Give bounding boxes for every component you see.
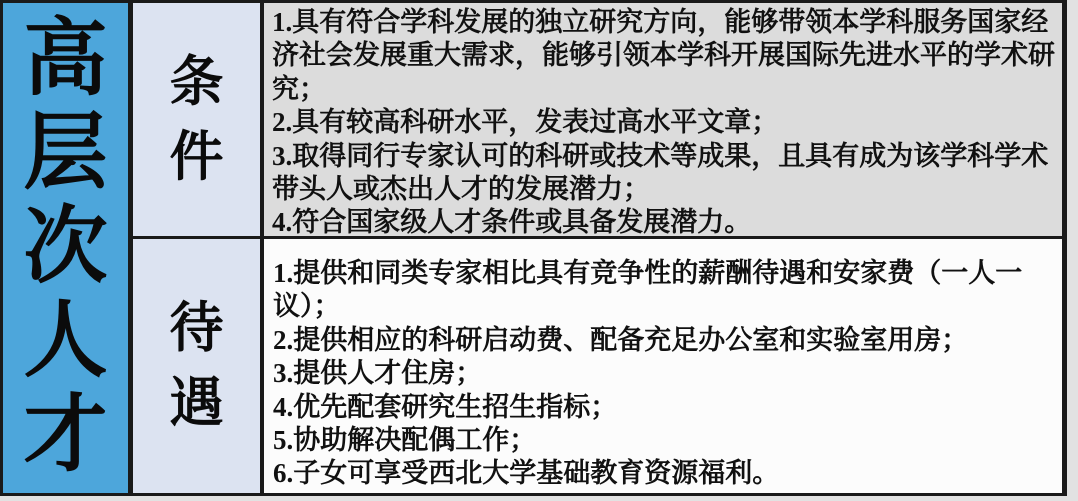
benefit-item: 5.协助解决配偶工作； [273,424,1058,457]
label-column: 条件 待遇 [133,3,264,493]
condition-item: 2.具有较高科研水平，发表过高水平文章； [272,106,1058,139]
content-column: 1.具有符合学科发展的独立研究方向，能够带领本学科服务国家经济社会发展重大需求，… [264,3,1062,493]
talent-table: 高层次人才 条件 待遇 1.具有符合学科发展的独立研究方向，能够带领本学科服务国… [0,0,1067,496]
condition-item: 4.符合国家级人才条件或具备发展潜力。 [272,206,1058,239]
conditions-label-cell: 条件 [133,3,260,239]
condition-item: 3.取得同行专家认可的科研或技术等成果，且具有成为该学科学术带头人或杰出人才的发… [272,140,1058,207]
benefits-cell: 1.提供和同类专家相比具有竞争性的薪酬待遇和安家费（一人一议）； 2.提供相应的… [264,239,1062,493]
conditions-label: 条件 [168,45,225,194]
benefit-item: 4.优先配套研究生招生指标； [273,391,1058,424]
benefit-item: 6.子女可享受西北大学基础教育资源福利。 [273,457,1058,490]
condition-item: 1.具有符合学科发展的独立研究方向，能够带领本学科服务国家经济社会发展重大需求，… [272,6,1058,106]
benefits-label: 待遇 [168,291,225,440]
row-header-cell: 高层次人才 [3,3,133,493]
benefit-item: 3.提供人才住房； [273,357,1058,390]
benefit-item: 1.提供和同类专家相比具有竞争性的薪酬待遇和安家费（一人一议）； [273,257,1058,324]
row-header-title: 高层次人才 [23,13,109,483]
conditions-cell: 1.具有符合学科发展的独立研究方向，能够带领本学科服务国家经济社会发展重大需求，… [264,3,1062,239]
benefit-item: 2.提供相应的科研启动费、配备充足办公室和实验室用房； [273,324,1058,357]
benefits-label-cell: 待遇 [133,239,260,493]
